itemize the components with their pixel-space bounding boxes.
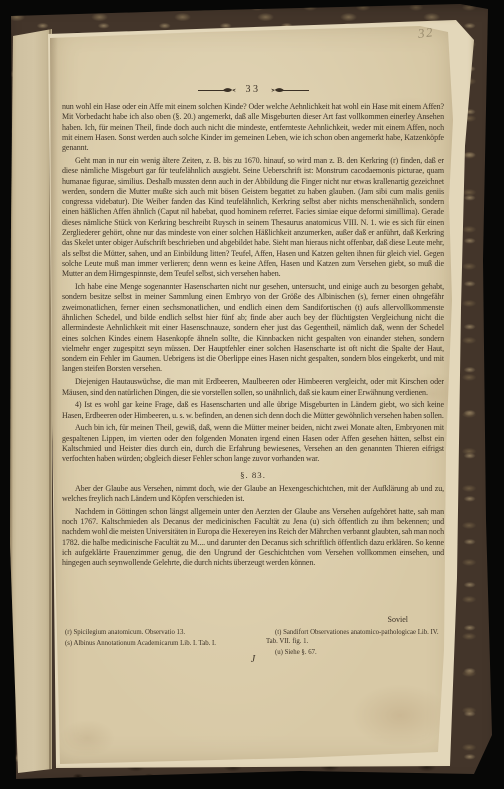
- page-header: 33: [62, 84, 444, 95]
- paragraph: Auch bin ich, für meinen Theil, gewiß, d…: [62, 423, 444, 464]
- flourish-left-icon: [197, 86, 237, 94]
- footnote: (s) Albinus Annotationum Academicarum Li…: [56, 640, 252, 649]
- paragraph: Geht man in nur ein wenig ältere Zeiten,…: [62, 156, 444, 280]
- paragraph: Ich habe eine Menge sogenannter Hasensch…: [62, 282, 444, 375]
- footnote: (r) Spicilegium anatomicum. Observatio 1…: [56, 629, 252, 638]
- body-text: nun wohl ein Hase oder ein Affe mit eine…: [62, 102, 444, 571]
- paragraph: Diejenigen Hautauswüchse, die man mit Er…: [62, 377, 444, 398]
- handwritten-folio-number: 32: [417, 24, 435, 42]
- paragraph: nun wohl ein Hase oder ein Affe mit eine…: [62, 102, 444, 153]
- book-photograph: 32 33 nun wohl ein Hase oder ein Affe mi…: [0, 0, 504, 789]
- signature-mark: J: [62, 654, 444, 665]
- footnote: (t) Sandifort Observationes anatomico-pa…: [266, 629, 448, 647]
- paragraph: Nachdem in Göttingen schon längst allgem…: [62, 507, 444, 569]
- section-heading: §. 83.: [62, 470, 444, 480]
- paragraph: 4) Ist es wohl gar keine Frage, daß es H…: [62, 400, 444, 421]
- flourish-right-icon: [270, 86, 310, 94]
- catchword: Soviel: [62, 615, 444, 624]
- page-edges-stack: [10, 24, 52, 774]
- page-number: 33: [246, 84, 261, 95]
- paragraph: Aber der Glaube aus Versehen, nimmt doch…: [62, 484, 444, 505]
- text-column: 33 nun wohl ein Hase oder ein Affe mit e…: [62, 84, 444, 571]
